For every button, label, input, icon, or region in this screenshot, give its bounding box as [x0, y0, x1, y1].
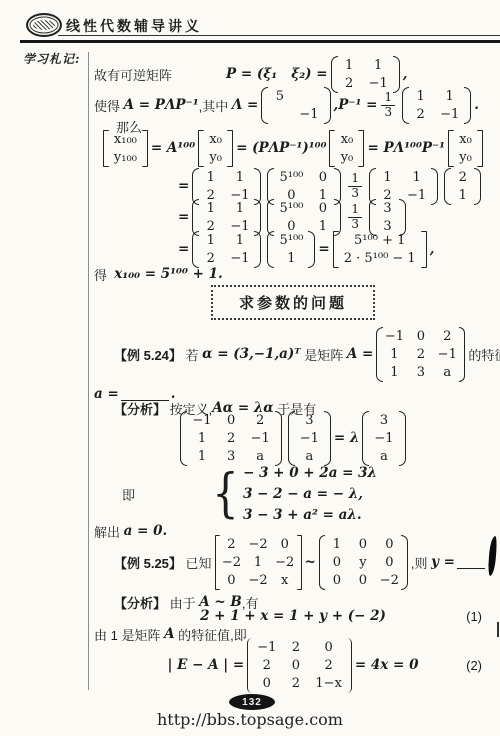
matrix-cell: 1 — [195, 449, 208, 464]
bracket-right — [421, 231, 427, 268]
determinant-E-minus-A: −1 2 0 2 0 2 0 2 1−x — [247, 638, 352, 693]
matrix-cell: 3 — [414, 365, 427, 380]
denominator: 3 — [348, 186, 362, 200]
formula: | E − A | = — [168, 657, 245, 673]
page-number-badge: 132 — [229, 694, 275, 710]
matrix-cell: 1 — [443, 89, 456, 104]
formula: = 4x = 0 — [355, 657, 419, 673]
bracket-right — [401, 535, 408, 590]
line-result: 得 x₁₀₀ = 5¹⁰⁰ + 1. — [94, 264, 492, 284]
matrix-cells: 5¹⁰⁰ + 1 2 · 5¹⁰⁰ − 1 — [342, 231, 418, 268]
edge-mark — [497, 622, 499, 637]
matrix-cells: 2 1 — [454, 168, 471, 205]
bracket-right — [324, 411, 331, 466]
matrix-cell: 1−x — [315, 676, 342, 691]
matrix-cell: −1 — [374, 431, 393, 446]
matrix-cell: −1 — [438, 347, 457, 362]
matrix-cell: 0 — [356, 573, 369, 588]
matrix-cell: −2 — [275, 555, 294, 570]
bracket-left — [331, 56, 338, 93]
system-row: 即 { − 3 + 0 + 2a = 3λ 3 − 2 − a = − λ, 3… — [94, 466, 492, 522]
matrix-cell: 2 — [254, 413, 267, 428]
matrix-P: 1 1 2 −1 — [331, 56, 400, 93]
bracket-left — [180, 411, 187, 466]
matrix-cell: 1 — [388, 347, 401, 362]
example-label: 【例 5.25】 — [114, 553, 182, 572]
matrix-cells: −1 0 2 1 2 −1 1 3 a — [386, 327, 457, 382]
matrix-cell: 0 — [330, 573, 343, 588]
equation-step-4: = 1 1 2 −1 5¹⁰⁰ 1 = 5¹⁰⁰ + 1 2 · 5¹⁰⁰ — [94, 232, 492, 266]
matrix-cell: 0 — [356, 537, 369, 552]
text: 故有可逆矩阵 — [94, 65, 172, 84]
matrix-cells: 1 1 2 −1 — [341, 56, 390, 93]
matrix-cell: 3 — [303, 413, 316, 428]
book-page: 线性代数辅导讲义 学习札记: 故有可逆矩阵 P = (ξ₁ ξ₂) = 1 1 … — [0, 0, 500, 736]
matrix-cells: 1 0 0 0 y 0 0 0 −2 — [328, 535, 398, 590]
matrix-cells: x₀ y₀ — [338, 130, 355, 167]
det-bar-right — [347, 638, 352, 693]
denominator: 3 — [348, 217, 362, 231]
matrix-cell: 0 — [225, 573, 238, 588]
bracket-right — [297, 535, 302, 590]
matrix-cell: 2 — [289, 640, 302, 655]
equation-number: (1) — [466, 609, 482, 624]
numerator: 1 — [351, 203, 359, 216]
matrix-cell: 3 — [225, 449, 238, 464]
bracket-right — [459, 327, 465, 382]
section-title: 求参数的问题 — [211, 285, 375, 320]
bracket-left — [376, 327, 382, 382]
formula: y = — [431, 554, 455, 570]
matrix-cell: 1 — [330, 537, 343, 552]
vector-result: 5¹⁰⁰ + 1 2 · 5¹⁰⁰ − 1 — [333, 231, 427, 268]
matrix-cell: 0 — [289, 658, 302, 673]
matrix-cell: x₀ — [459, 132, 472, 147]
matrix-cell: 0 — [322, 640, 335, 655]
publisher-seal-icon — [26, 13, 62, 37]
formula: A = PΛP⁻¹ — [124, 97, 199, 113]
matrix-cell: 1 — [204, 201, 217, 216]
system-line: 3 − 2 − a = − λ, — [243, 486, 363, 502]
matrix-cell: 2 — [260, 658, 273, 673]
margin-divider — [88, 52, 89, 690]
matrix-cell: y — [356, 555, 369, 570]
matrix-cell: 1 — [195, 431, 208, 446]
bracket-right — [142, 130, 148, 167]
text: 若 — [182, 345, 202, 364]
matrix-cell: −2 — [380, 573, 399, 588]
text: 已知 — [182, 553, 212, 572]
answer-blank — [457, 556, 485, 569]
matrix-cell: 0 — [330, 555, 343, 570]
bracket-left — [329, 130, 335, 167]
brace-left: { — [212, 471, 238, 518]
matrix-cell: 0 — [278, 537, 291, 552]
matrix-cell: 1 — [233, 170, 246, 185]
formula: 2 + 1 + x = 1 + y + (− 2) — [200, 608, 386, 624]
equals: = — [178, 178, 189, 194]
bracket-right — [308, 231, 315, 268]
formula: = λ — [334, 430, 359, 446]
matrix-cell: −1 — [257, 640, 276, 655]
text: 得 — [94, 265, 114, 284]
bracket-left — [362, 411, 369, 466]
numerator: 1 — [351, 172, 359, 185]
matrix-cell: −1 — [251, 431, 270, 446]
matrix-cells: 3 −1 a — [372, 411, 395, 466]
vector-alpha: 3 −1 a — [362, 411, 405, 466]
formula: Λ = — [232, 97, 259, 113]
bracket-left — [333, 231, 339, 268]
header-rule-thick — [20, 40, 500, 43]
formula: = PΛ¹⁰⁰P⁻¹ — [367, 140, 445, 156]
matrix-cell: 5¹⁰⁰ — [279, 170, 303, 185]
matrix-cell: 1 — [233, 201, 246, 216]
formula: A = — [347, 346, 374, 362]
equation-determinant: | E − A | = −1 2 0 2 0 2 0 2 1−x = 4x = … — [94, 636, 492, 694]
bracket-left — [198, 130, 204, 167]
vector-x0: x₀ y₀ — [448, 130, 483, 167]
line-invertible-matrix: 故有可逆矩阵 P = (ξ₁ ξ₂) = 1 1 2 −1 , — [94, 58, 492, 90]
equals: = — [178, 209, 189, 225]
fraction-one-third: 1 3 — [348, 203, 362, 230]
matrix-cell: x — [278, 573, 291, 588]
matrix-cell: x₁₀₀ — [114, 132, 137, 147]
text-namely: 即 — [122, 485, 135, 504]
example-5-24: 【例 5.24】 若 α = (3,−1,a)ᵀ 是矩阵 A = −1 0 2 … — [94, 324, 492, 384]
vector-21: 2 1 — [444, 168, 481, 205]
matrix-cell: 3 — [377, 413, 390, 428]
matrix-A: −1 0 2 1 2 −1 1 3 a — [376, 327, 465, 382]
matrix-cell: a — [254, 449, 267, 464]
matrix-cell: −1 — [385, 329, 404, 344]
text: ,则 — [411, 553, 431, 572]
bracket-left — [448, 130, 454, 167]
equation-x100-expansion: x₁₀₀ y₁₀₀ = A¹⁰⁰ x₀ y₀ = (PΛP⁻¹)¹⁰⁰ x₀ y… — [94, 128, 492, 168]
text: 是矩阵 — [301, 345, 347, 364]
formula: α = (3,−1,a)ᵀ — [202, 346, 300, 362]
example-5-25: 【例 5.25】 已知 2 −2 0 −2 1 −2 0 −2 x ~ 1 0 — [94, 532, 492, 592]
punct: , — [403, 66, 408, 82]
matrix-cells: x₀ y₀ — [207, 130, 224, 167]
example-label: 【例 5.24】 — [114, 345, 182, 364]
bracket-left — [215, 535, 220, 590]
matrix-cell: −2 — [248, 573, 267, 588]
text: 的特征向量,则 — [468, 345, 500, 364]
section-row: 求参数的问题 — [94, 286, 492, 318]
fraction-one-third: 1 3 — [348, 172, 362, 199]
text: 使得 — [94, 96, 124, 115]
matrix-cell: 2 — [225, 431, 238, 446]
matrix-cell: y₀ — [459, 150, 472, 165]
matrix-cell: 5¹⁰⁰ — [279, 233, 303, 248]
matrix-cell: 5 — [273, 89, 286, 104]
matrix-P: 1 1 2 −1 — [192, 231, 261, 268]
matrix-cell: 2 — [225, 537, 238, 552]
equation-trace: 2 + 1 + x = 1 + y + (− 2) (1) — [94, 606, 492, 626]
matrix-cell: 0 — [383, 537, 396, 552]
det-bar-left — [247, 638, 252, 693]
matrix-cell: 1 — [414, 89, 427, 104]
bracket-right — [477, 130, 483, 167]
matrix-cell: a — [377, 449, 390, 464]
matrix-cell: 1 — [381, 170, 394, 185]
equation-number: (2) — [466, 658, 482, 673]
vector-x100: x₁₀₀ y₁₀₀ — [103, 130, 148, 167]
matrix-cell: y₁₀₀ — [114, 150, 137, 165]
formula: P = (ξ₁ ξ₂) = — [226, 66, 328, 82]
matrix-cell: a — [303, 449, 316, 464]
matrix-A: −1 0 2 1 2 −1 1 3 a — [180, 411, 281, 466]
formula: ,P⁻¹ = — [334, 97, 378, 113]
matrix-A25: 2 −2 0 −2 1 −2 0 −2 x — [215, 535, 302, 590]
bracket-left — [192, 231, 199, 268]
matrix-cell: x₀ — [340, 132, 353, 147]
matrix-cell: 0 — [383, 555, 396, 570]
matrix-cells: −1 0 2 1 2 −1 1 3 a — [190, 411, 271, 466]
vector-x0: x₀ y₀ — [198, 130, 233, 167]
matrix-cell: −2 — [222, 555, 241, 570]
bracket-right — [358, 130, 364, 167]
matrix-cell: 5¹⁰⁰ + 1 — [354, 233, 405, 248]
bracket-left — [288, 411, 295, 466]
matrix-cell: y₀ — [340, 150, 353, 165]
matrix-cell: 2 — [322, 658, 335, 673]
matrix-cell: 1 — [204, 170, 217, 185]
equation-system: − 3 + 0 + 2a = 3λ 3 − 2 − a = − λ, 3 − 3… — [243, 465, 377, 523]
bracket-left — [444, 168, 451, 205]
bracket-left — [103, 130, 109, 167]
matrix-cell: 2 — [289, 676, 302, 691]
matrix-cell: a — [441, 365, 454, 380]
matrix-cell: y₀ — [209, 150, 222, 165]
similar-symbol: ~ — [305, 554, 316, 570]
matrix-B25: 1 0 0 0 y 0 0 0 −2 — [319, 535, 408, 590]
matrix-cell: −1 — [192, 413, 211, 428]
vector-x0: x₀ y₀ — [329, 130, 364, 167]
formula: = A¹⁰⁰ — [151, 140, 195, 156]
bracket-right — [227, 130, 233, 167]
matrix-cell: 0 — [414, 329, 427, 344]
matrix-cells: x₁₀₀ y₁₀₀ — [112, 130, 139, 167]
vector-alpha: 3 −1 a — [288, 411, 331, 466]
equation-step-3: = 1 1 2 −1 5¹⁰⁰ 0 0 1 1 3 — [94, 200, 492, 234]
matrix-cell: −2 — [248, 537, 267, 552]
equals: = — [178, 241, 189, 257]
bracket-right — [275, 411, 282, 466]
bracket-right — [431, 168, 438, 205]
bracket-left — [267, 231, 274, 268]
matrix-cell: 1 — [204, 233, 217, 248]
punct: , — [430, 241, 435, 257]
matrix-cell: x₀ — [209, 132, 222, 147]
formula: x₁₀₀ = 5¹⁰⁰ + 1. — [114, 266, 222, 282]
matrix-cell: 1 — [410, 170, 423, 185]
bracket-right — [399, 411, 406, 466]
page-title: 线性代数辅导讲义 — [66, 16, 202, 36]
matrix-cell: 0 — [260, 676, 273, 691]
bracket-right — [254, 231, 261, 268]
matrix-cells: 2 −2 0 −2 1 −2 0 −2 x — [223, 535, 294, 590]
matrix-cell: 1 — [233, 233, 246, 248]
matrix-cell: −1 — [300, 431, 319, 446]
punct: . — [474, 97, 479, 113]
matrix-cell: 1 — [388, 365, 401, 380]
watermark-url: http://bbs.topsage.com — [0, 710, 500, 729]
matrix-cells: 1 1 2 −1 — [202, 231, 251, 268]
vector-5-100: 5¹⁰⁰ 1 — [267, 231, 315, 268]
matrix-cells: −1 2 0 2 0 2 0 2 1−x — [255, 638, 344, 693]
matrix-cells: 5¹⁰⁰ 1 — [277, 231, 305, 268]
header-rule-thin — [58, 35, 500, 36]
matrix-cells: x₀ y₀ — [457, 130, 474, 167]
matrix-cell: 3 — [381, 201, 394, 216]
bracket-right — [474, 168, 481, 205]
matrix-cell: 2 — [441, 329, 454, 344]
fraction-one-third: 1 3 — [381, 91, 395, 118]
equation-5-24: −1 0 2 1 2 −1 1 3 a 3 −1 a = λ — [94, 410, 492, 466]
matrix-cell: 5¹⁰⁰ — [279, 201, 303, 216]
margin-notes-label: 学习札记: — [23, 50, 80, 67]
matrix-cell: 0 — [316, 170, 329, 185]
matrix-cell: 1 — [252, 555, 265, 570]
text: ,其中 — [199, 96, 232, 115]
equals: = — [318, 241, 329, 257]
matrix-cell: 0 — [225, 413, 238, 428]
system-line: − 3 + 0 + 2a = 3λ — [243, 465, 377, 481]
bracket-right — [393, 56, 400, 93]
matrix-cell: 1 — [372, 58, 385, 73]
bracket-left — [319, 535, 326, 590]
matrix-cell: 2 — [414, 347, 427, 362]
matrix-cell: 1 — [343, 58, 356, 73]
formula: = (PΛP⁻¹)¹⁰⁰ — [236, 140, 326, 156]
numerator: 1 — [384, 91, 392, 104]
matrix-cell: 2 — [456, 170, 469, 185]
matrix-cells: 3 −1 a — [298, 411, 321, 466]
matrix-cell: 0 — [316, 201, 329, 216]
